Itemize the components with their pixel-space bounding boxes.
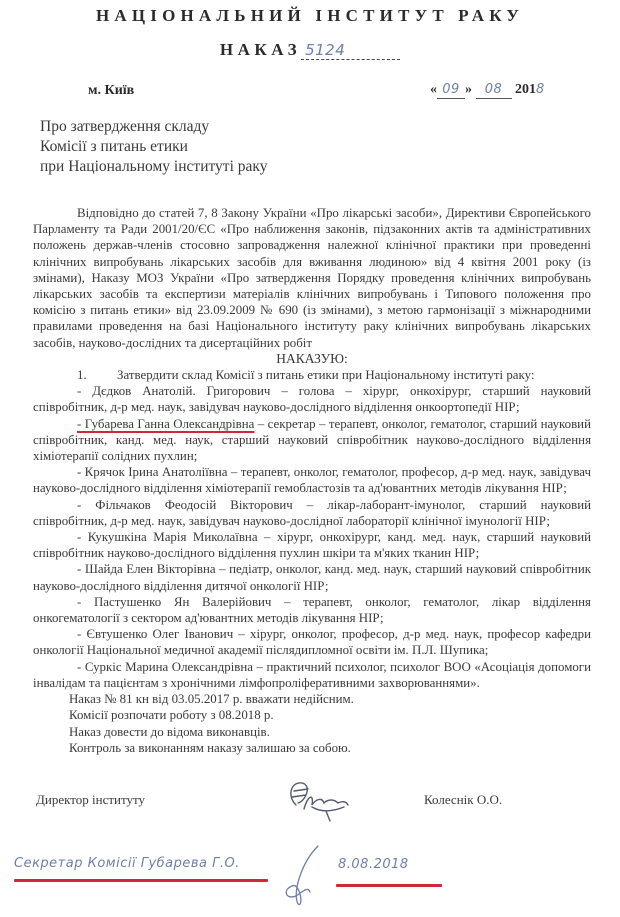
date-year-last-digit: 8 (536, 82, 545, 97)
date-day: 09 (442, 82, 460, 97)
preamble: Відповідно до статей 7, 8 Закону України… (33, 205, 591, 351)
item-1-number: 1. (77, 367, 117, 383)
order-date: «09» 08 2018 (430, 82, 545, 99)
date-day-field: 09 (437, 82, 465, 99)
secretary-note-date: 8.08.2018 (338, 857, 409, 872)
signature-scribble-icon (272, 842, 332, 912)
item-1-text: Затвердити склад Комісії з питань етики … (117, 368, 534, 382)
red-underline (336, 884, 442, 887)
closing-item: Комісії розпочати роботу з 08.2018 р. (33, 707, 591, 723)
organization-title: НАЦІОНАЛЬНИЙ ІНСТИТУТ РАКУ (0, 6, 620, 26)
date-month-field: 08 (476, 82, 512, 99)
order-body: Відповідно до статей 7, 8 Закону України… (33, 205, 591, 756)
secretary-note: Секретар Комісії Губарева Г.О. (14, 856, 240, 871)
closing-item: Наказ № 81 кн від 03.05.2017 р. вважати … (33, 691, 591, 707)
city: м. Київ (88, 83, 134, 99)
member-entry: - Фільчаков Феодосій Вікторович – лікар-… (33, 497, 591, 529)
signature-scribble-icon (282, 775, 352, 825)
member-name: - Кукушкіна Марія Миколаївна (77, 530, 258, 544)
order-subject: Про затвердження складу Комісії з питань… (40, 117, 267, 177)
date-year: 201 (515, 82, 536, 97)
subject-line: Комісії з питань етики (40, 137, 267, 157)
closing-item: Контроль за виконанням наказу залишаю за… (33, 740, 591, 756)
order-number: 5124 (305, 41, 345, 59)
order-header: НАКАЗ5124 (0, 40, 620, 60)
member-name: - Євтушенко Олег Іванович (77, 627, 233, 641)
member-entry: - Кукушкіна Марія Миколаївна – хірург, о… (33, 529, 591, 561)
order-label: НАКАЗ (220, 40, 301, 59)
order-word: НАКАЗУЮ: (33, 351, 591, 367)
secretary-signature (272, 842, 332, 917)
member-name: - Суркіс Марина Олександрівна (77, 660, 253, 674)
date-month: 08 (485, 82, 503, 97)
members-list: - Дєдков Анатолій. Григорович – голова –… (33, 383, 591, 691)
member-name: - Дєдков Анатолій. Григорович (77, 384, 270, 398)
member-name: - Пастушенко Ян Валерійович (77, 595, 271, 609)
subject-line: при Національному інституті раку (40, 157, 267, 177)
closing-items: Наказ № 81 кн від 03.05.2017 р. вважати … (33, 691, 591, 756)
member-entry: - Євтушенко Олег Іванович – хірург, онко… (33, 626, 591, 658)
member-name: - Шайда Елен Вікторівна (77, 562, 216, 576)
item-1: 1.Затвердити склад Комісії з питань етик… (33, 367, 591, 383)
member-entry: - Дєдков Анатолій. Григорович – голова –… (33, 383, 591, 415)
director-signature (282, 775, 352, 830)
red-underline (14, 879, 268, 882)
director-name: Колеснік О.О. (424, 792, 502, 808)
member-entry: - Крячок Ірина Анатоліївна – терапевт, о… (33, 464, 591, 496)
director-title: Директор інституту (36, 792, 145, 808)
member-entry: - Губарева Ганна Олександрівна – секрета… (33, 416, 591, 465)
closing-item: Наказ довести до відома виконавців. (33, 724, 591, 740)
member-name: - Крячок Ірина Анатоліївна (77, 465, 228, 479)
member-entry: - Шайда Елен Вікторівна – педіатр, онкол… (33, 561, 591, 593)
order-number-field: 5124 (301, 41, 400, 60)
subject-line: Про затвердження складу (40, 117, 267, 137)
member-entry: - Пастушенко Ян Валерійович – терапевт, … (33, 594, 591, 626)
member-entry: - Суркіс Марина Олександрівна – практичн… (33, 659, 591, 691)
member-name: - Губарева Ганна Олександрівна (77, 417, 254, 431)
member-name: - Фільчаков Феодосій Вікторович (77, 498, 293, 512)
